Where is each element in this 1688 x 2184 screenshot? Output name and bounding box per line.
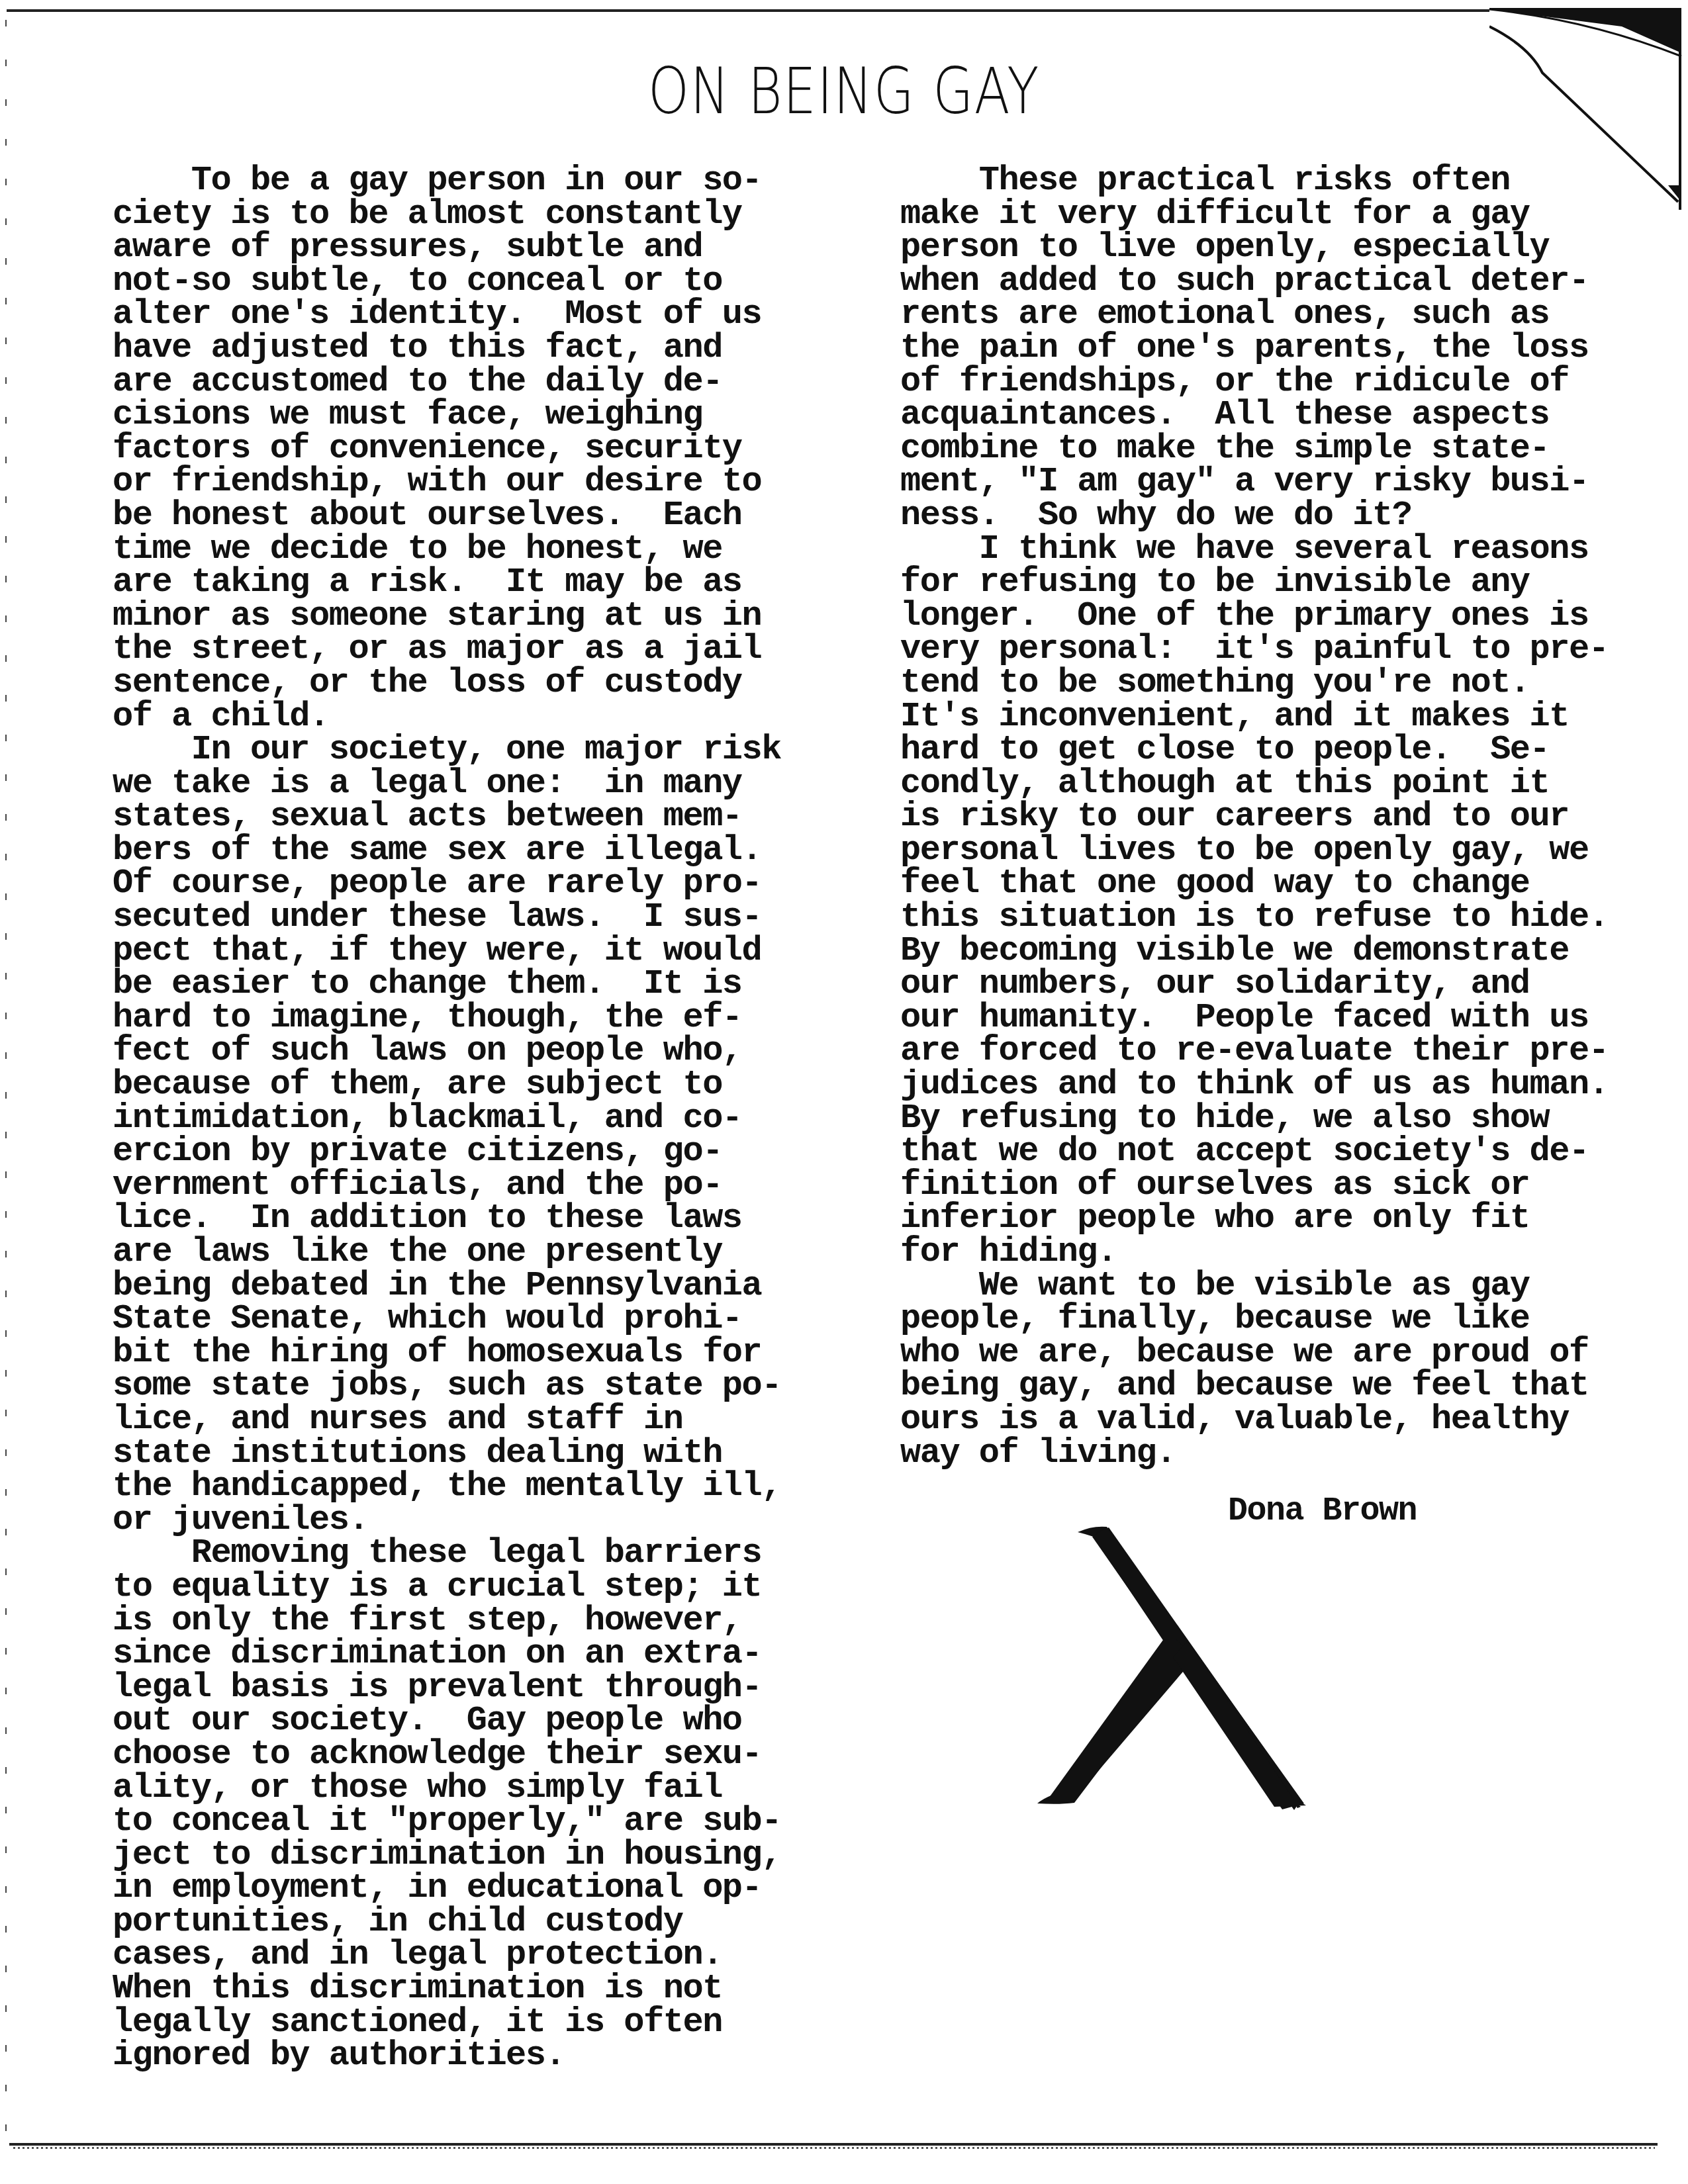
text-line: Of course, people are rarely pro- bbox=[113, 867, 781, 901]
text-line: lice, and nurses and staff in bbox=[113, 1403, 781, 1437]
bottom-border-noise bbox=[13, 2147, 1655, 2149]
text-line: vernment officials, and the po- bbox=[113, 1169, 781, 1203]
text-line: To be a gay person in our so- bbox=[113, 164, 781, 198]
lambda-symbol-icon bbox=[993, 1509, 1523, 2105]
text-line: rents are emotional ones, such as bbox=[900, 298, 1608, 332]
text-line: condly, although at this point it bbox=[900, 767, 1608, 801]
text-line: legally sanctioned, it is often bbox=[113, 2006, 781, 2040]
text-line: very personal: it's painful to pre- bbox=[900, 633, 1608, 666]
right-column: These practical risks oftenmake it very … bbox=[900, 164, 1608, 1470]
text-line: are laws like the one presently bbox=[113, 1236, 781, 1269]
text-line: who we are, because we are proud of bbox=[900, 1336, 1608, 1370]
text-line: finition of ourselves as sick or bbox=[900, 1169, 1608, 1203]
text-line: are forced to re-evaluate their pre- bbox=[900, 1034, 1608, 1068]
text-line: ality, or those who simply fail bbox=[113, 1772, 781, 1805]
text-line: people, finally, because we like bbox=[900, 1302, 1608, 1336]
text-line: to equality is a crucial step; it bbox=[113, 1570, 781, 1604]
text-line: ment, "I am gay" a very risky busi- bbox=[900, 465, 1608, 499]
text-line: person to live openly, especially bbox=[900, 231, 1608, 265]
text-line: ject to discrimination in housing, bbox=[113, 1839, 781, 1872]
text-line: being debated in the Pennsylvania bbox=[113, 1269, 781, 1303]
text-line: some state jobs, such as state po- bbox=[113, 1369, 781, 1403]
text-line: ignored by authorities. bbox=[113, 2039, 781, 2073]
text-line: is only the first step, however, bbox=[113, 1604, 781, 1638]
text-line: lice. In addition to these laws bbox=[113, 1202, 781, 1236]
text-line: choose to acknowledge their sexu- bbox=[113, 1738, 781, 1772]
text-line: personal lives to be openly gay, we bbox=[900, 834, 1608, 868]
text-line: In our society, one major risk bbox=[113, 733, 781, 767]
text-line: since discrimination on an extra- bbox=[113, 1637, 781, 1671]
text-line: legal basis is prevalent through- bbox=[113, 1671, 781, 1705]
text-line: factors of convenience, security bbox=[113, 432, 781, 466]
text-line: portunities, in child custody bbox=[113, 1905, 781, 1939]
text-line: By becoming visible we demonstrate bbox=[900, 934, 1608, 968]
text-line: this situation is to refuse to hide. bbox=[900, 901, 1608, 934]
text-line: to conceal it "properly," are sub- bbox=[113, 1805, 781, 1839]
text-line: pect that, if they were, it would bbox=[113, 934, 781, 968]
text-line: of a child. bbox=[113, 700, 781, 734]
text-line: being gay, and because we feel that bbox=[900, 1369, 1608, 1403]
text-line: our numbers, our solidarity, and bbox=[900, 968, 1608, 1001]
text-line: that we do not accept society's de- bbox=[900, 1135, 1608, 1169]
text-line: out our society. Gay people who bbox=[113, 1704, 781, 1738]
text-line: are accustomed to the daily de- bbox=[113, 365, 781, 399]
text-line: state institutions dealing with bbox=[113, 1437, 781, 1471]
text-line: These practical risks often bbox=[900, 164, 1608, 198]
text-line: be honest about ourselves. Each bbox=[113, 499, 781, 533]
text-line: bit the hiring of homosexuals for bbox=[113, 1336, 781, 1370]
text-line: time we decide to be honest, we bbox=[113, 533, 781, 567]
text-line: ness. So why do we do it? bbox=[900, 499, 1608, 533]
text-line: bers of the same sex are illegal. bbox=[113, 834, 781, 868]
text-line: We want to be visible as gay bbox=[900, 1269, 1608, 1303]
text-line: we take is a legal one: in many bbox=[113, 767, 781, 801]
text-line: have adjusted to this fact, and bbox=[113, 332, 781, 365]
text-line: ercion by private citizens, go- bbox=[113, 1135, 781, 1169]
text-line: combine to make the simple state- bbox=[900, 432, 1608, 466]
text-line: the pain of one's parents, the loss bbox=[900, 332, 1608, 365]
text-line: State Senate, which would prohi- bbox=[113, 1302, 781, 1336]
text-line: hard to imagine, though, the ef- bbox=[113, 1001, 781, 1035]
left-margin-marks bbox=[5, 20, 7, 2138]
text-line: longer. One of the primary ones is bbox=[900, 600, 1608, 633]
text-line: Removing these legal barriers bbox=[113, 1537, 781, 1570]
text-line: make it very difficult for a gay bbox=[900, 198, 1608, 232]
text-line: feel that one good way to change bbox=[900, 867, 1608, 901]
text-line: ciety is to be almost constantly bbox=[113, 198, 781, 232]
text-line: be easier to change them. It is bbox=[113, 968, 781, 1001]
bottom-border-line bbox=[9, 2143, 1658, 2146]
text-line: intimidation, blackmail, and co- bbox=[113, 1102, 781, 1136]
text-line: fect of such laws on people who, bbox=[113, 1034, 781, 1068]
text-line: because of them, are subject to bbox=[113, 1068, 781, 1102]
text-line: cisions we must face, weighing bbox=[113, 398, 781, 432]
text-line: inferior people who are only fit bbox=[900, 1202, 1608, 1236]
text-line: for refusing to be invisible any bbox=[900, 566, 1608, 600]
text-line: I think we have several reasons bbox=[900, 533, 1608, 567]
text-line: acquaintances. All these aspects bbox=[900, 398, 1608, 432]
text-line: minor as someone staring at us in bbox=[113, 600, 781, 633]
text-line: are taking a risk. It may be as bbox=[113, 566, 781, 600]
text-line: of friendships, or the ridicule of bbox=[900, 365, 1608, 399]
text-line: sentence, or the loss of custody bbox=[113, 666, 781, 700]
page-title: ON BEING GAY bbox=[152, 54, 1536, 128]
text-line: is risky to our careers and to our bbox=[900, 800, 1608, 834]
text-line: alter one's identity. Most of us bbox=[113, 298, 781, 332]
text-line: in employment, in educational op- bbox=[113, 1872, 781, 1905]
text-line: or friendship, with our desire to bbox=[113, 465, 781, 499]
document-page: ON BEING GAY To be a gay person in our s… bbox=[0, 0, 1688, 2184]
text-line: hard to get close to people. Se- bbox=[900, 733, 1608, 767]
text-line: cases, and in legal protection. bbox=[113, 1938, 781, 1972]
top-border-line bbox=[7, 9, 1489, 12]
text-line: for hiding. bbox=[900, 1236, 1608, 1269]
text-line: the street, or as major as a jail bbox=[113, 633, 781, 666]
text-line: when added to such practical deter- bbox=[900, 265, 1608, 298]
text-line: tend to be something you're not. bbox=[900, 666, 1608, 700]
text-line: or juveniles. bbox=[113, 1504, 781, 1537]
text-line: secuted under these laws. I sus- bbox=[113, 901, 781, 934]
text-line: It's inconvenient, and it makes it bbox=[900, 700, 1608, 734]
text-line: When this discrimination is not bbox=[113, 1972, 781, 2006]
left-column: To be a gay person in our so-ciety is to… bbox=[113, 164, 781, 2073]
text-line: ours is a valid, valuable, healthy bbox=[900, 1403, 1608, 1437]
text-line: By refusing to hide, we also show bbox=[900, 1102, 1608, 1136]
text-line: judices and to think of us as human. bbox=[900, 1068, 1608, 1102]
text-line: the handicapped, the mentally ill, bbox=[113, 1470, 781, 1504]
text-line: states, sexual acts between mem- bbox=[113, 800, 781, 834]
text-line: way of living. bbox=[900, 1437, 1608, 1471]
text-line: our humanity. People faced with us bbox=[900, 1001, 1608, 1035]
text-line: not-so subtle, to conceal or to bbox=[113, 265, 781, 298]
text-line: aware of pressures, subtle and bbox=[113, 231, 781, 265]
